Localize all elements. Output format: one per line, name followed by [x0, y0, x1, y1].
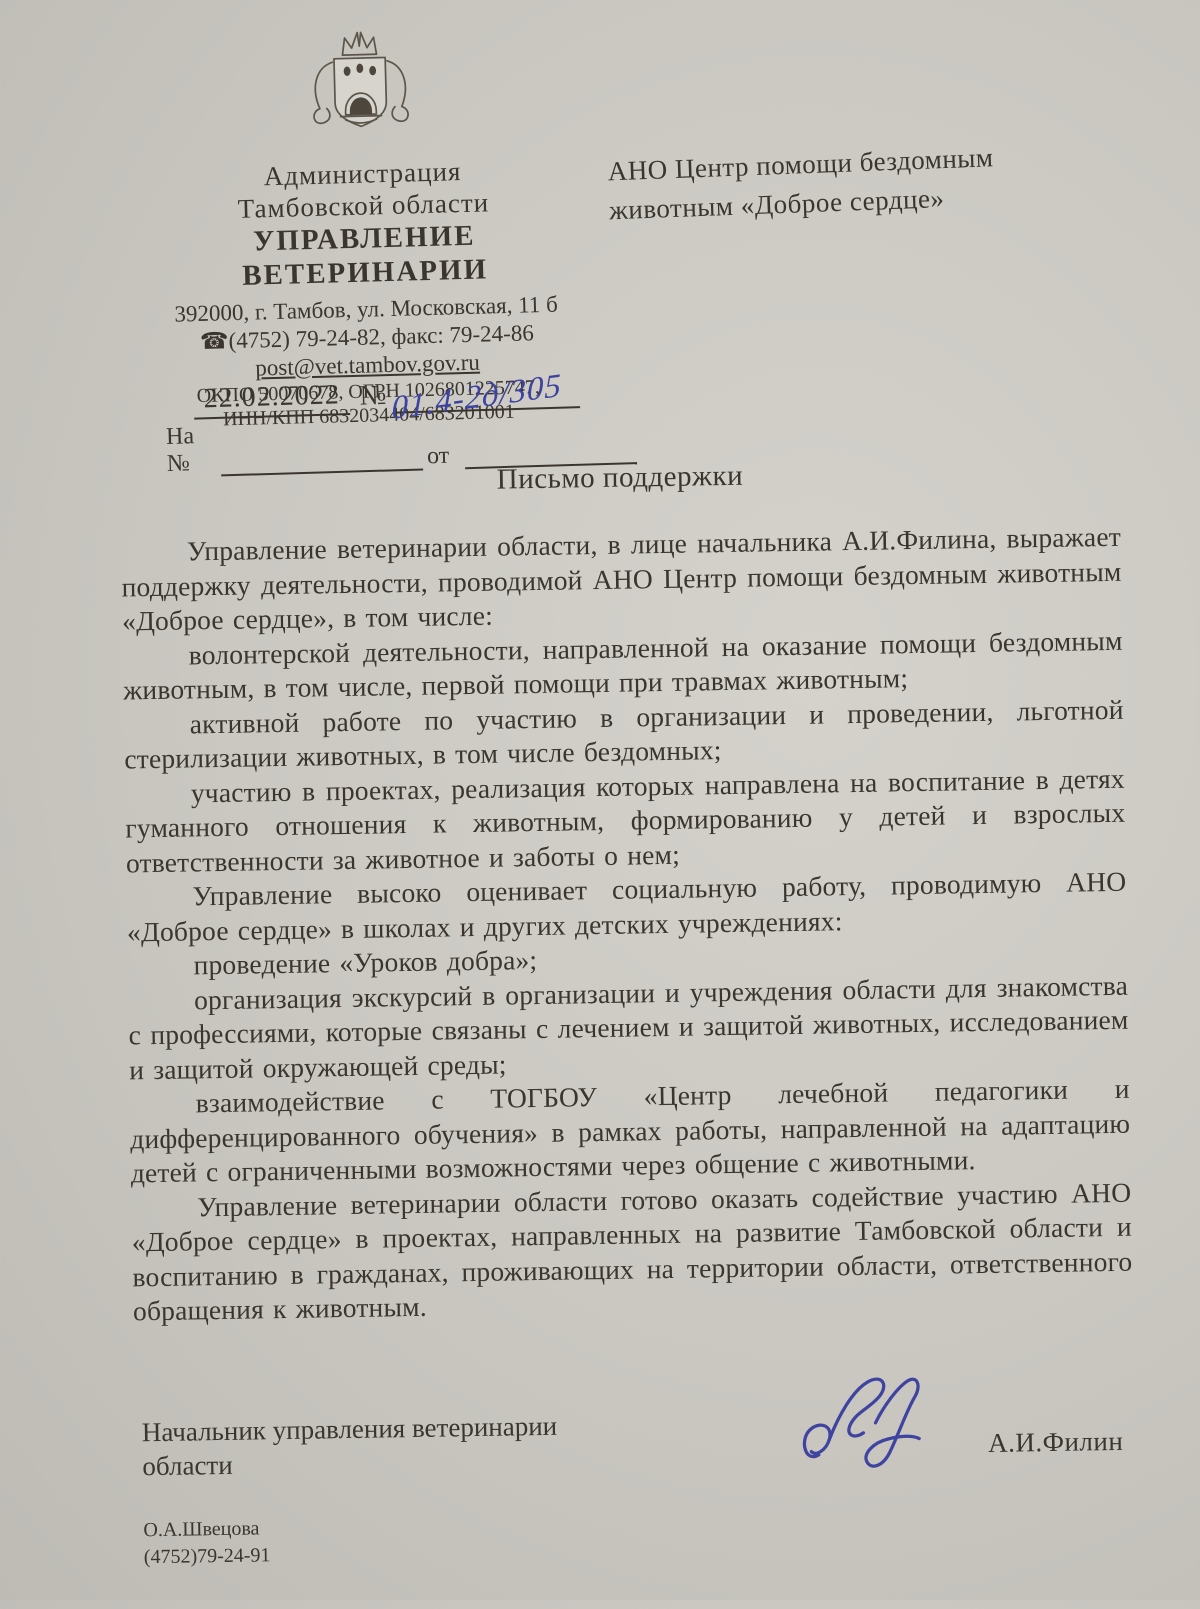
signer-position-line2: области	[142, 1441, 662, 1483]
scanned-letter: Администрация Тамбовской области УПРАВЛЕ…	[0, 0, 1200, 1600]
body-paragraph: Управление ветеринарии области, в лице н…	[121, 520, 1123, 639]
doc-number-blank: 01.4-2д/305	[394, 370, 580, 413]
body-paragraph: организация экскурсий в организации и уч…	[128, 968, 1130, 1087]
tambov-coat-of-arms-icon	[293, 24, 428, 155]
doc-date: 22.02.2022	[193, 379, 350, 420]
number-sign: №	[359, 380, 387, 413]
org-phone: (4752) 79-24-82, факс: 79-24-86	[228, 320, 534, 353]
signer-name: А.И.Филин	[988, 1426, 1124, 1459]
phone-icon: ☎	[200, 328, 229, 354]
executor-phone: (4752)79-24-91	[144, 1542, 271, 1571]
body-paragraph: взаимодействие с ТОГБОУ «Центр лечебной …	[129, 1072, 1131, 1191]
executor-name: О.А.Швецова	[143, 1515, 270, 1544]
executor-block: О.А.Швецова (4752)79-24-91	[143, 1515, 270, 1571]
body-paragraph: участию в проектах, реализация которых н…	[125, 761, 1127, 880]
letter-body: Управление ветеринарии области, в лице н…	[121, 520, 1133, 1329]
signature-ink	[797, 1352, 979, 1485]
body-paragraph: Управление ветеринарии области готово ок…	[131, 1175, 1133, 1329]
addressee-block: АНО Центр помощи бездомным животным «Доб…	[607, 136, 1050, 230]
signer-position: Начальник управления ветеринарии области	[142, 1407, 663, 1483]
